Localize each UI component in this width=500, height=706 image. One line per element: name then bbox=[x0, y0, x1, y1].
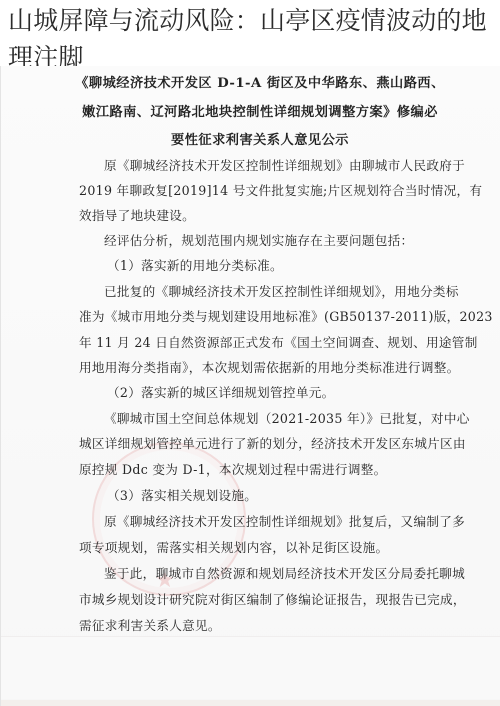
paragraph-line: 已批复的《聊城经济技术开发区控制性详细规划》，用地分类标 bbox=[104, 281, 459, 300]
list-item-heading: （3）落实相关规划设施。 bbox=[107, 485, 257, 504]
list-item-heading: （1）落实新的用地分类标准。 bbox=[107, 255, 283, 274]
document-heading-line-2: 嫩江路南、辽河路北地块控制性详细规划调整方案》修编必 bbox=[60, 101, 460, 120]
paragraph-line: 年 11 月 24 日自然资源部正式发布《国土空间调查、规划、用途管制 bbox=[79, 332, 478, 351]
paragraph-line: 需征求利害关系人意见。 bbox=[79, 615, 221, 634]
page-bottom-margin bbox=[1, 636, 500, 699]
paragraph-line: 用地用海分类指南》，本次规划需依据新的用地分类标准进行调整。 bbox=[79, 357, 460, 376]
paragraph-line: 项专项规划，需落实相关规划内容，以补足街区设施。 bbox=[79, 537, 388, 556]
paragraph-line: 经评估分析，规划范围内规划实施存在主要问题包括： bbox=[104, 230, 413, 249]
paragraph-line: 2019 年聊政复[2019]14 号文件批复实施;片区规划符合当时情况，有 bbox=[79, 180, 482, 199]
paragraph-line: 原《聊城经济技术开发区控制性详细规划》批复后，又编制了多 bbox=[104, 511, 465, 530]
paragraph-line: 《聊城市国土空间总体规划（2021-2035 年）》已批复，对中心 bbox=[104, 408, 470, 427]
paragraph-line: 原控规 Ddc 变为 D-1，本次规划过程中需进行调整。 bbox=[79, 459, 387, 478]
paragraph-line: 准为《城市用地分类与规划建设用地标准》(GB50137-2011)版，2023 bbox=[79, 306, 493, 325]
list-item-heading: （2）落实新的城区详细规划管控单元。 bbox=[107, 382, 335, 401]
paragraph-line: 效指导了地块建设。 bbox=[79, 205, 195, 224]
page-edge bbox=[1, 700, 500, 706]
document-heading-line-3: 要性征求利害关系人意见公示 bbox=[60, 129, 460, 148]
paragraph-line: 市城乡规划设计研究院对街区编制了修编论证报告，现报告已完成， bbox=[79, 589, 466, 608]
document-heading-line-1: 《聊城经济技术开发区 D-1-A 街区及中华路东、燕山路西、 bbox=[60, 72, 460, 91]
paragraph-line: 鉴于此，聊城市自然资源和规划局经济技术开发区分局委托聊城 bbox=[104, 563, 465, 582]
article-title: 山城屏障与流动风险：山亭区疫情波动的地理注脚 bbox=[8, 2, 500, 76]
paragraph-line: 原《聊城经济技术开发区控制性详细规划》由聊城市人民政府于 bbox=[104, 155, 465, 174]
paragraph-line: 城区详细规划管控单元进行了新的划分，经济技术开发区东城片区由 bbox=[79, 433, 466, 452]
